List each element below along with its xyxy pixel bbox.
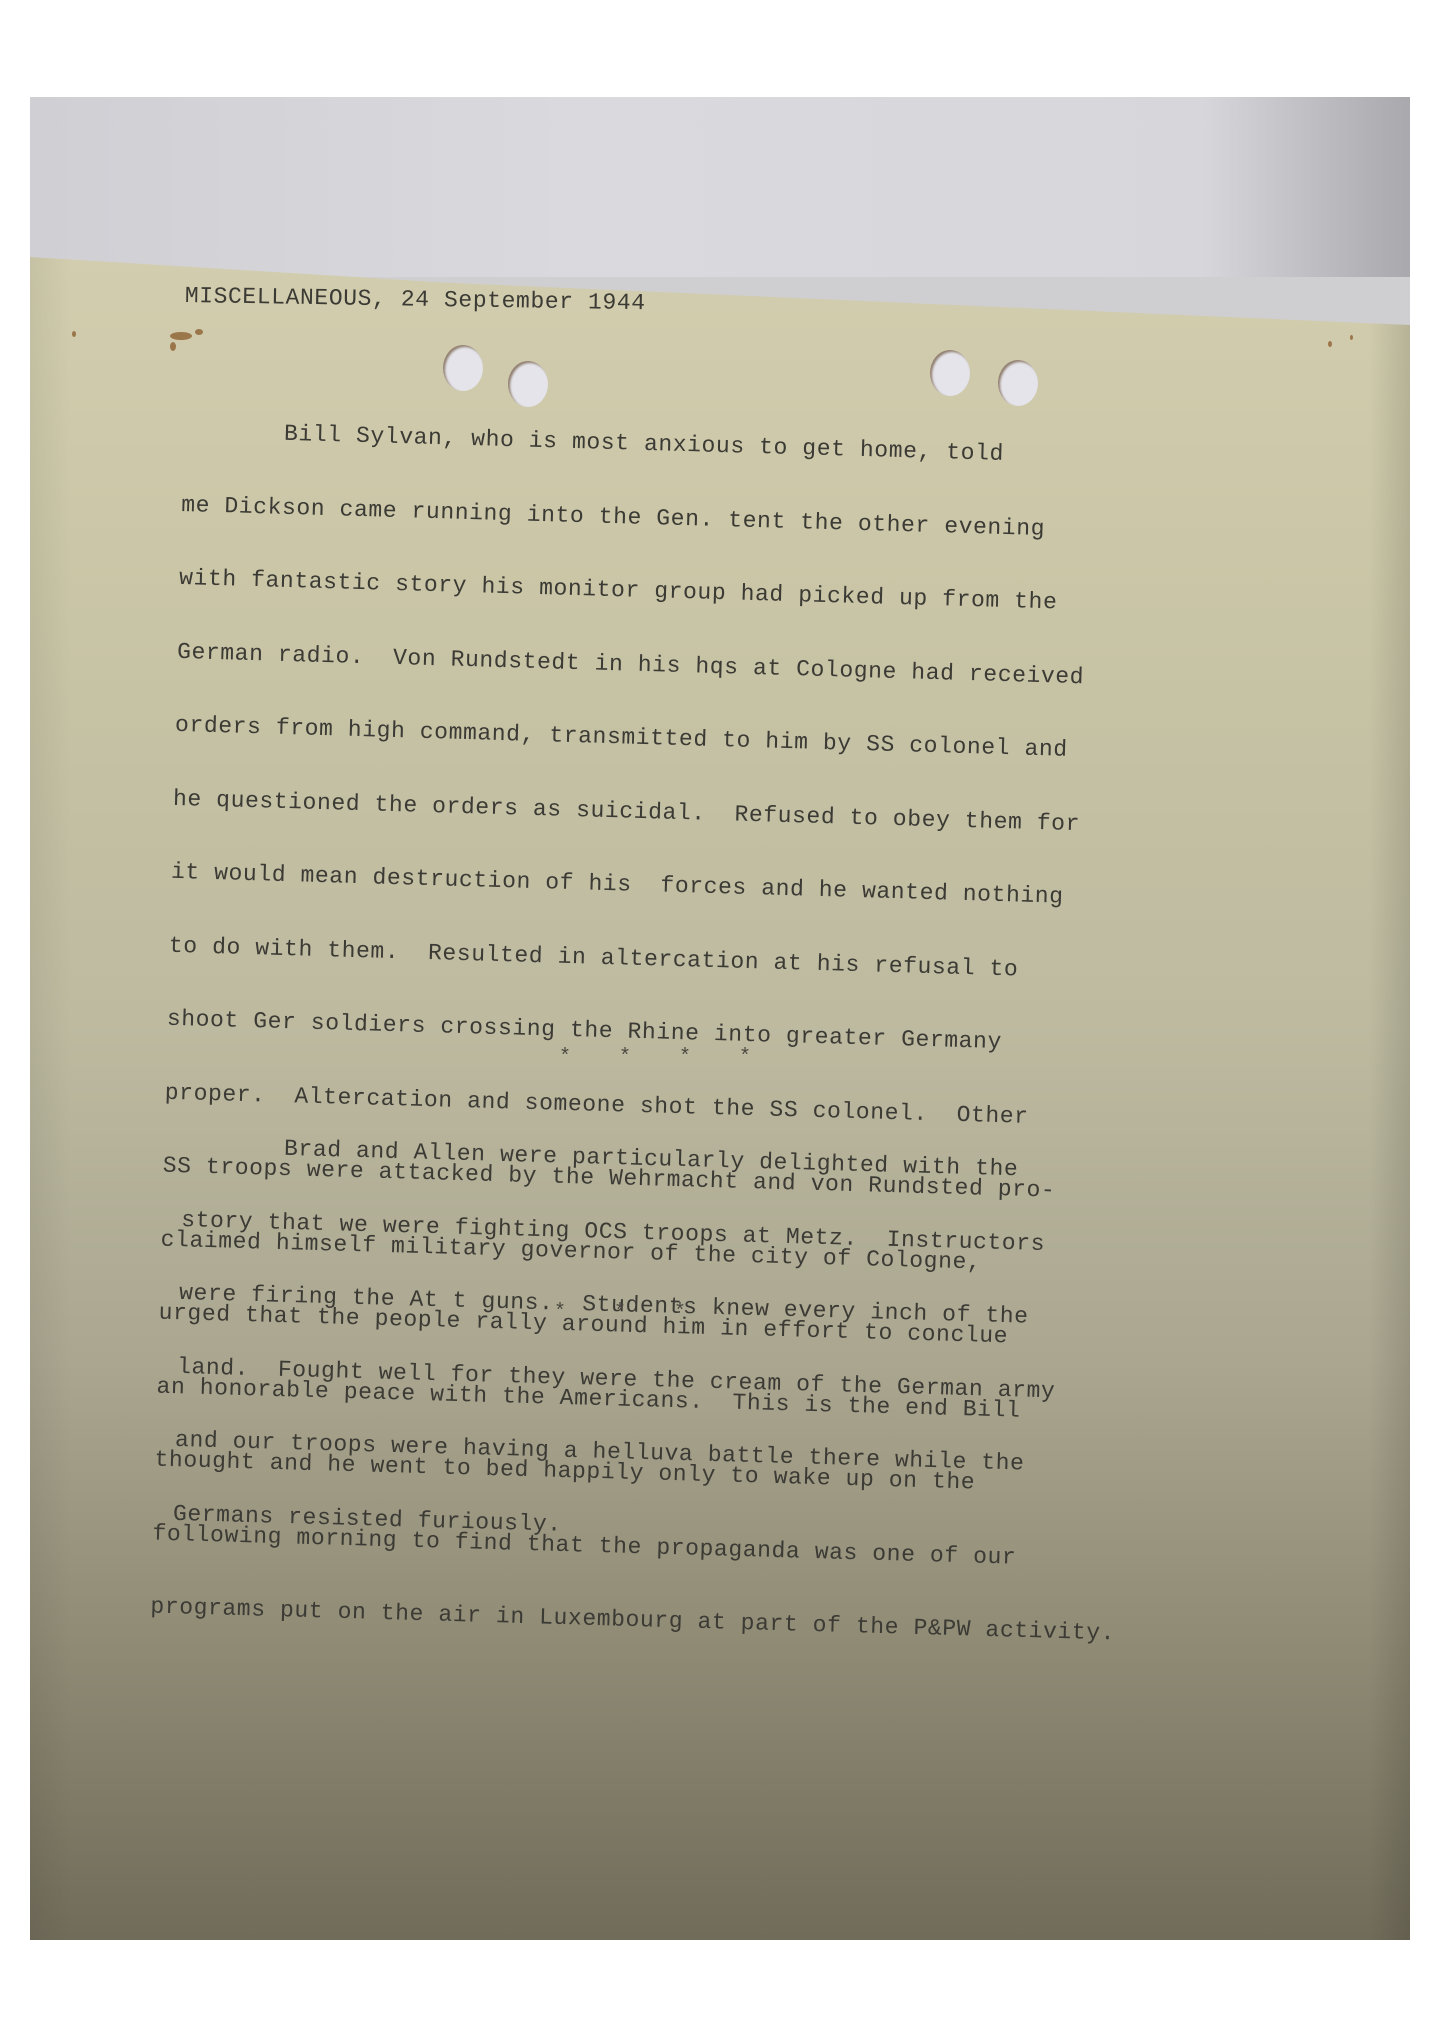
asterisk: * [739,1046,799,1069]
rust-stain [1350,335,1353,340]
rust-stain [72,331,76,337]
text-line: with fantastic story his monitor group h… [179,566,1144,617]
backdrop [30,97,1410,277]
asterisk: * [674,1301,734,1324]
asterisk: * [554,1301,614,1324]
text-line: German radio. Von Rundstedt in his hqs a… [177,639,1142,690]
text-line: Brad and Allen were particularly delight… [183,1134,1062,1183]
asterisk: * [679,1046,739,1069]
text-line: land. Fought well for they were the crea… [177,1354,1056,1403]
section-separator: *** [530,1278,734,1324]
text-line: he questioned the orders as suicidal. Re… [173,786,1138,837]
asterisk: * [559,1046,619,1069]
rust-stain [1328,341,1332,347]
rust-stain [195,329,203,335]
punch-hole [930,350,970,396]
asterisk: * [614,1301,674,1324]
text-line: to do with them. Resulted in altercation… [169,933,1134,984]
text-line: it would mean destruction of his forces … [171,860,1136,911]
text-line: Bill Sylvan, who is most anxious to get … [183,419,1148,470]
text-line: programs put on the air in Luxembourg at… [150,1595,1115,1646]
rust-stain [170,342,176,351]
text-line: story that we were fighting OCS troops a… [181,1207,1060,1256]
asterisk: * [619,1046,679,1069]
rust-stain [170,332,192,340]
text-line: me Dickson came running into the Gen. te… [181,492,1146,543]
text-line: Germans resisted furiously. [173,1501,1052,1550]
paragraph-2: Brad and Allen were particularly delight… [172,1085,1063,1575]
section-separator: **** [535,1023,799,1069]
text-line: and our troops were having a helluva bat… [175,1428,1054,1477]
text-line: orders from high command, transmitted to… [175,713,1140,764]
